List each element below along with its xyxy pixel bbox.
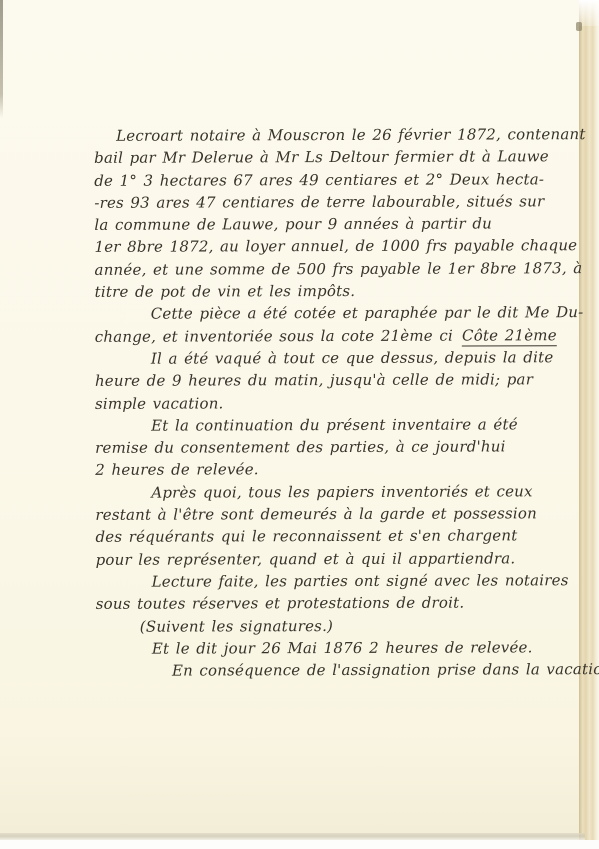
manuscript-line: de 1° 3 hectares 67 ares 49 centiares et…: [94, 168, 574, 192]
manuscript-line: remise du consentement des parties, à ce…: [95, 435, 575, 459]
cote-annotation: Côte 21ème: [462, 324, 557, 347]
manuscript-line: simple vacation.: [95, 391, 575, 415]
manuscript-line: (Suivent les signatures.): [96, 614, 576, 638]
left-edge-sliver: [0, 0, 3, 118]
manuscript-line: sous toutes réserves et protestations de…: [96, 591, 576, 615]
manuscript-line: restant à l'être sont demeurés à la gard…: [95, 502, 575, 526]
manuscript-line: Après quoi, tous les papiers inventoriés…: [95, 480, 575, 504]
manuscript-text: Lecroart notaire à Mouscron le 26 févrie…: [94, 123, 576, 682]
manuscript-line: des réquérants qui le reconnaissent et s…: [95, 525, 575, 549]
scan-background: [0, 840, 599, 849]
manuscript-line: En conséquence de l'assignation prise da…: [96, 658, 576, 682]
page-edge-notch: [576, 22, 582, 31]
page-bottom-edge: [0, 833, 585, 840]
manuscript-line: Et la continuation du présent inventaire…: [95, 413, 575, 437]
manuscript-line: 2 heures de relevée.: [95, 458, 575, 482]
manuscript-line: change, et inventoriée sous la cote 21èm…: [95, 324, 575, 348]
manuscript-line: titre de pot de vin et les impôts.: [95, 279, 575, 303]
manuscript-line: bail par Mr Delerue à Mr Ls Deltour ferm…: [94, 145, 574, 169]
manuscript-line: pour les représenter, quand et à qui il …: [96, 547, 576, 571]
manuscript-line: Lecroart notaire à Mouscron le 26 févrie…: [94, 123, 574, 147]
manuscript-line: heure de 9 heures du matin, jusqu'à cell…: [95, 368, 575, 392]
manuscript-line: année, et une somme de 500 frs payable l…: [94, 257, 574, 281]
manuscript-line-text: change, et inventoriée sous la cote 21èm…: [95, 324, 453, 348]
manuscript-line: Il a été vaqué à tout ce que dessus, dep…: [95, 346, 575, 370]
manuscript-line: Et le dit jour 26 Mai 1876 2 heures de r…: [96, 636, 576, 660]
manuscript-line: -res 93 ares 47 centiares de terre labou…: [94, 190, 574, 214]
scan-container: Lecroart notaire à Mouscron le 26 févrie…: [0, 0, 599, 849]
manuscript-line: la commune de Lauwe, pour 9 années à par…: [94, 212, 574, 236]
manuscript-line: Cette pièce a été cotée et paraphée par …: [95, 302, 575, 326]
manuscript-line: 1er 8bre 1872, au loyer annuel, de 1000 …: [94, 235, 574, 259]
manuscript-line: Lecture faite, les parties ont signé ave…: [96, 569, 576, 593]
